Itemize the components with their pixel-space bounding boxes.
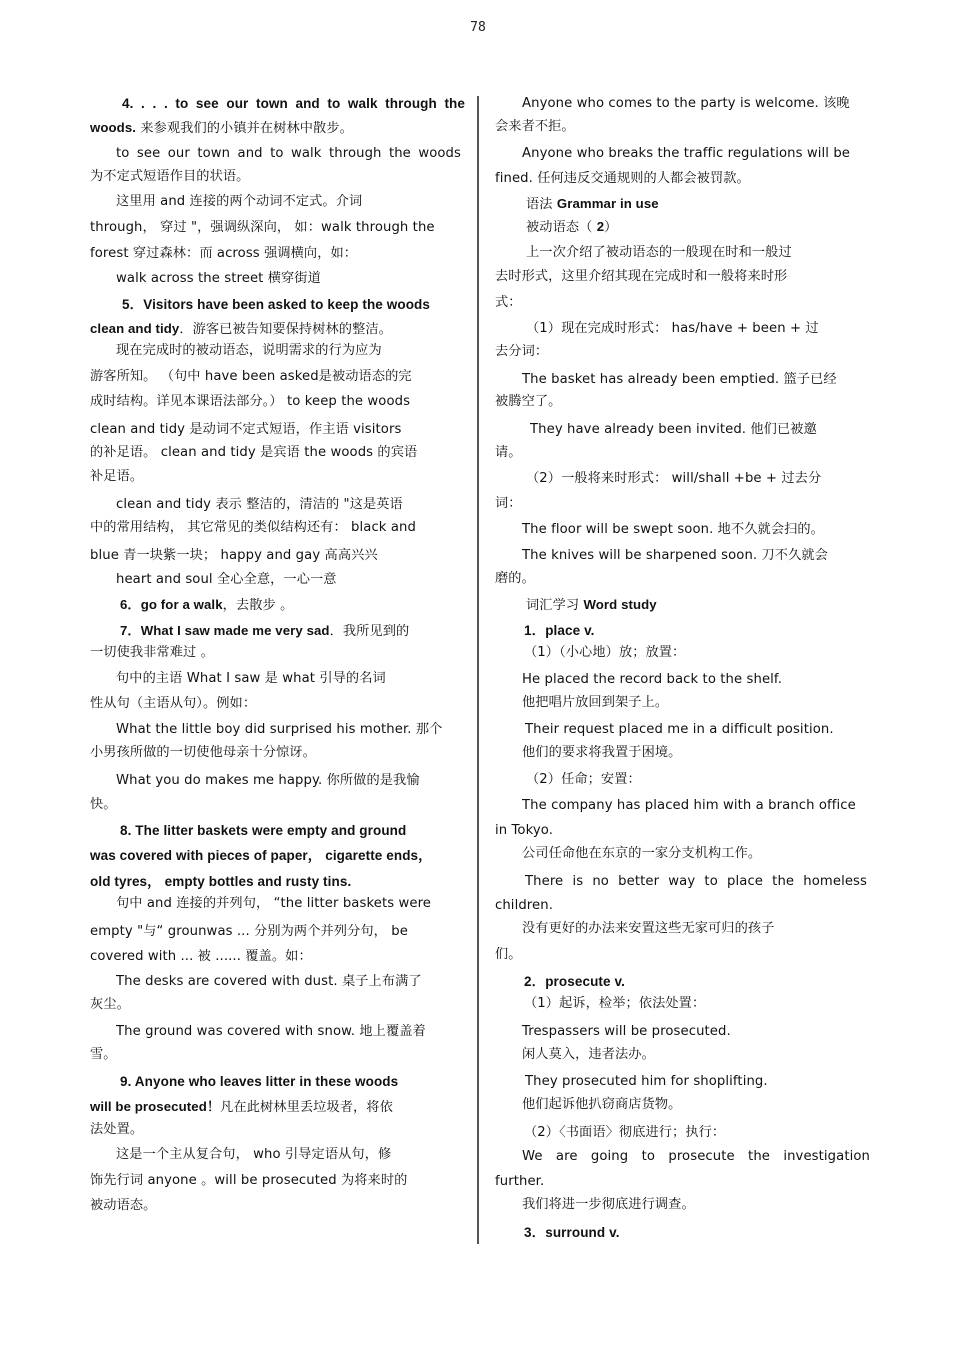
text-line: The company has placed him with a branch… (522, 797, 856, 815)
text-line: 句中的主语 What I saw 是 what 引导的名词 (116, 670, 386, 688)
text-line: 去分词： (495, 343, 548, 361)
text-line: 快。 (90, 796, 117, 814)
text-line: They prosecuted him for shoplifting. (525, 1073, 768, 1091)
text-line: 他把唱片放回到架子上。 (522, 694, 668, 712)
text-line: 公司任命他在东京的一家分支机构工作。 (522, 845, 761, 863)
text-line: What the little boy did surprised his mo… (116, 721, 442, 739)
text-line: fined. 任何违反交通规则的人都会被罚款。 (495, 170, 750, 188)
text-line: 现在完成时的被动语态，说明需求的行为应为 (116, 342, 382, 360)
text-line: 这里用 and 连接的两个动词不定式。介词 (116, 193, 362, 211)
text-line: 请。 (495, 444, 522, 462)
text-line: 词： (495, 495, 522, 513)
text-line: blue 青一块紫一块； happy and gay 高高兴兴 (90, 547, 378, 565)
text-line: 中的常用结构， 其它常见的类似结构还有： black and (90, 519, 416, 537)
text-line: 上一次介绍了被动语态的一般现在时和一般过 (526, 244, 792, 262)
text-line: （1）现在完成时形式： has/have + been + 过 (526, 320, 819, 338)
text-line: 为不定式短语作目的状语。 (90, 168, 249, 186)
text-line: （1）（小心地）放；放置： (524, 644, 685, 662)
text-line: Anyone who comes to the party is welcome… (522, 95, 850, 113)
text-line: The knives will be sharpened soon. 刀不久就会 (522, 547, 828, 565)
text-line: 9. Anyone who leaves litter in these woo… (120, 1073, 398, 1091)
text-line: 5．Visitors have been asked to keep the w… (122, 296, 430, 314)
text-line: 的补足语。 clean and tidy 是宾语 the woods 的宾语 (90, 444, 417, 462)
text-line: 词汇学习 Word study (526, 596, 657, 615)
text-line: to see our town and to walk through the … (116, 145, 461, 163)
text-line: children. (495, 897, 553, 915)
text-line: 被腾空了。 (495, 393, 561, 411)
text-line: 他们起诉他扒窃商店货物。 (522, 1096, 681, 1114)
text-line: 6．go for a walk，去散步 。 (120, 596, 293, 615)
text-line: walk across the street 横穿街道 (116, 270, 321, 288)
text-line: （2）〈书面语〉彻底进行；执行： (524, 1124, 725, 1142)
text-line: 法处置。 (90, 1121, 143, 1139)
text-line: clean and tidy．游客已被告知要保持树林的整洁。 (90, 320, 392, 339)
text-line: He placed the record back to the shelf. (522, 671, 782, 689)
text-line: The desks are covered with dust. 桌子上布满了 (116, 973, 422, 991)
text-line: Trespassers will be prosecuted. (522, 1023, 731, 1041)
text-line: woods. 来参观我们的小镇并在树林中散步。 (90, 119, 353, 138)
text-line: The ground was covered with snow. 地上覆盖着 (116, 1023, 426, 1041)
text-line: 会来者不拒。 (495, 118, 575, 136)
text-line: 被动语态。 (90, 1197, 156, 1215)
text-line: clean and tidy 表示 整洁的，清洁的 "这是英语 (116, 496, 403, 514)
text-line: old tyres， empty bottles and rusty tins. (90, 873, 351, 891)
text-line: 我们将进一步彻底进行调查。 (522, 1196, 695, 1214)
text-line: clean and tidy 是动词不定式短语，作主语 visitors (90, 421, 401, 439)
text-line: 2．prosecute v. (524, 973, 625, 991)
text-line: 没有更好的办法来安置这些无家可归的孩子 (522, 920, 774, 938)
text-line: 闲人莫入，违者法办。 (522, 1046, 655, 1064)
text-line: （2）一般将来时形式： will/shall +be + 过去分 (526, 470, 821, 488)
text-line: 雪。 (90, 1046, 117, 1064)
text-line: We are going to prosecute the investigat… (522, 1148, 870, 1166)
text-line: 式： (495, 294, 522, 312)
text-line: 这是一个主从复合句， who 引导定语从句，修 (116, 1146, 391, 1164)
text-line: 他们的要求将我置于困境。 (522, 744, 681, 762)
text-line: 成时结构。详见本课语法部分。） to keep the woods (90, 393, 410, 411)
text-line: 磨的。 (495, 570, 535, 588)
text-line: Anyone who breaks the traffic regulation… (522, 145, 850, 163)
text-line: 8. The litter baskets were empty and gro… (120, 822, 406, 840)
text-line: will be prosecuted！凡在此树林里丢垃圾者，将依 (90, 1098, 393, 1117)
text-line: Their request placed me in a difficult p… (525, 721, 834, 739)
text-line: 补足语。 (90, 468, 143, 486)
text-line: 语法 Grammar in use (526, 195, 659, 214)
column-divider (477, 96, 479, 1244)
text-line: 7．What I saw made me very sad．我所见到的 (120, 622, 409, 641)
text-line: （2）任命；安置： (526, 771, 641, 789)
text-line: further. (495, 1173, 544, 1191)
text-line: What you do makes me happy. 你所做的是我愉 (116, 772, 420, 790)
text-line: 句中 and 连接的并列句， “the litter baskets were (116, 895, 431, 913)
text-line: covered with ... 被 ...... 覆盖。如： (90, 948, 312, 966)
text-line: 们。 (495, 946, 522, 964)
text-line: 去时形式，这里介绍其现在完成时和一般将来时形 (495, 268, 787, 286)
text-line: was covered with pieces of paper， cigare… (90, 847, 432, 865)
text-line: （1）起诉，检举；依法处置： (524, 995, 705, 1013)
page-number: 78 (0, 20, 956, 35)
text-line: They have already been invited. 他们已被邀 (530, 421, 817, 439)
text-line: 4. . . . to see our town and to walk thr… (122, 95, 465, 113)
text-line: 被动语态（ 2） (526, 218, 617, 237)
text-line: heart and soul 全心全意，一心一意 (116, 571, 337, 589)
text-line: 灰尘。 (90, 996, 130, 1014)
text-line: 性从句（主语从句）。例如： (90, 695, 256, 713)
text-line: through， 穿过 "，强调纵深向， 如：walk through the (90, 219, 435, 237)
text-line: 游客所知。 （句中 have been asked是被动语态的完 (90, 368, 412, 386)
text-line: 3．surround v. (524, 1224, 620, 1242)
text-line: The floor will be swept soon. 地不久就会扫的。 (522, 521, 824, 539)
text-line: 小男孩所做的一切使他母亲十分惊讶。 (90, 744, 316, 762)
text-line: in Tokyo. (495, 822, 553, 840)
text-line: forest 穿过森林：而 across 强调横向，如： (90, 245, 357, 263)
text-line: The basket has already been emptied. 篮子已… (522, 371, 837, 389)
text-line: 一切使我非常难过 。 (90, 644, 214, 662)
text-line: 饰先行词 anyone 。will be prosecuted 为将来时的 (90, 1172, 407, 1190)
text-line: empty "与“ grounwas ... 分别为两个并列分句， be (90, 923, 408, 941)
text-line: There is no better way to place the home… (525, 873, 867, 891)
text-line: 1．place v. (524, 622, 595, 640)
